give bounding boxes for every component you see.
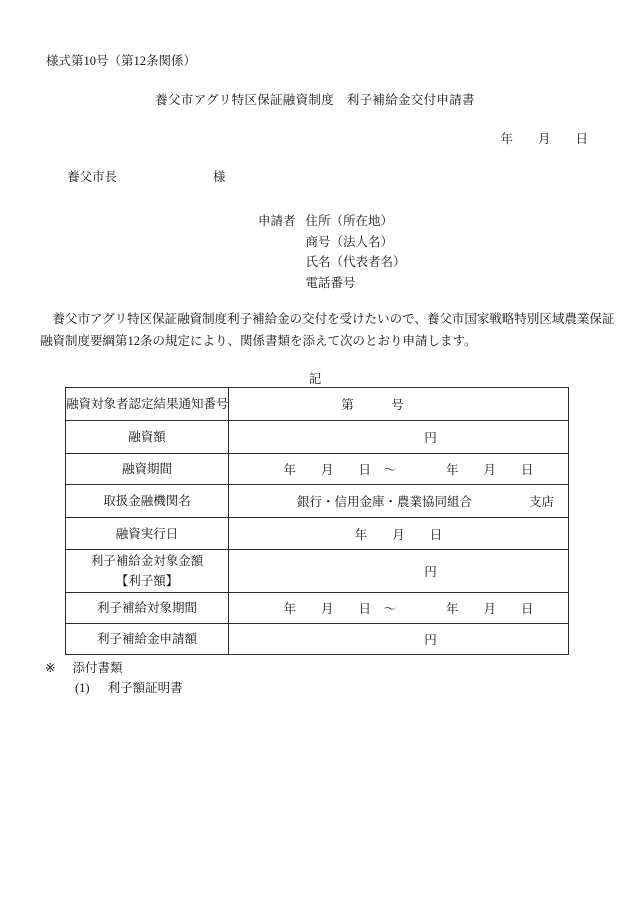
table-row: 取扱金融機関名 銀行・信用金庫・農業協同組合支店 (66, 485, 569, 518)
row-value: 年 月 日 (229, 518, 569, 550)
row-value: 円 (229, 421, 569, 454)
row-label: 利子補給金申請額 (66, 624, 229, 655)
table-row: 利子補給金対象金額 【利子額】 円 (66, 550, 569, 593)
row-value-text: 第 号 (341, 398, 404, 412)
row-value: 年 月 日 ～ 年 月 日 (229, 593, 569, 624)
addressee: 養父市長様 (67, 167, 226, 185)
table-row: 融資額 円 (66, 421, 569, 454)
attachment-item-number: (1) (75, 681, 90, 695)
document-page: 様式第10号（第12条関係） 養父市アグリ特区保証融資制度 利子補給金交付申請書… (0, 0, 630, 903)
branch-suffix: 支店 (529, 492, 554, 510)
row-label: 融資額 (66, 421, 229, 454)
body-paragraph: 養父市アグリ特区保証融資制度利子補給金の交付を受けたいので、養父市国家戦略特別区… (40, 309, 620, 352)
addressee-name: 養父市長 (67, 170, 117, 184)
body-line: 養父市アグリ特区保証融資制度利子補給金の交付を受けたいので、養父市国家戦略特別区… (40, 309, 620, 331)
document-title: 養父市アグリ特区保証融資制度 利子補給金交付申請書 (0, 90, 630, 108)
date-line: 年 月 日 (0, 129, 630, 147)
row-label: 融資期間 (66, 454, 229, 485)
applicant-field-company: 商号（法人名） (306, 232, 406, 253)
applicant-block: 申請者 住所（所在地） 商号（法人名） 氏名（代表者名） 電話番号 (258, 211, 406, 293)
row-label: 融資対象者認定結果通知番号 (66, 388, 229, 421)
row-value: 第 号 (229, 388, 569, 421)
table-row: 融資対象者認定結果通知番号 第 号 (66, 388, 569, 421)
attachments-heading-line: ※添付書類 (45, 658, 123, 676)
table-row: 融資実行日 年 月 日 (66, 518, 569, 550)
form-number: 様式第10号（第12条関係） (46, 51, 196, 69)
applicant-field-phone: 電話番号 (306, 273, 406, 294)
attachment-item: (1)利子額証明書 (75, 678, 183, 696)
row-value-text: 銀行・信用金庫・農業協同組合 (297, 495, 472, 509)
row-value-text: 年 月 日 ～ 年 月 日 (283, 463, 533, 477)
applicant-label: 申請者 (258, 211, 296, 232)
row-value-text: 円 (424, 633, 437, 647)
row-value: 銀行・信用金庫・農業協同組合支店 (229, 485, 569, 518)
row-label-line1: 利子補給金対象金額 (66, 551, 228, 571)
applicant-field-name: 氏名（代表者名） (306, 252, 406, 273)
row-value-text: 年 月 日 (355, 528, 443, 542)
body-line: 融資制度要綱第12条の規定により、関係書類を添えて次のとおり申請します。 (40, 331, 620, 353)
row-value: 円 (229, 624, 569, 655)
table-marker: 記 (0, 369, 630, 387)
row-label-line2: 【利子額】 (66, 571, 228, 591)
row-label: 融資実行日 (66, 518, 229, 550)
row-label: 利子補給金対象金額 【利子額】 (66, 550, 229, 593)
row-label: 利子補給対象期間 (66, 593, 229, 624)
attachment-item-text: 利子額証明書 (108, 681, 183, 695)
notes-heading: 添付書類 (72, 661, 122, 675)
row-value: 年 月 日 ～ 年 月 日 (229, 454, 569, 485)
application-table: 融資対象者認定結果通知番号 第 号 融資額 円 融資期間 年 月 日 ～ 年 月… (65, 387, 569, 655)
notes-marker: ※ (45, 661, 55, 675)
table-row: 融資期間 年 月 日 ～ 年 月 日 (66, 454, 569, 485)
row-value-text: 年 月 日 ～ 年 月 日 (283, 602, 533, 616)
applicant-fields: 住所（所在地） 商号（法人名） 氏名（代表者名） 電話番号 (306, 211, 406, 293)
row-value-text: 円 (424, 431, 437, 445)
row-label: 取扱金融機関名 (66, 485, 229, 518)
applicant-field-address: 住所（所在地） (306, 211, 406, 232)
table-row: 利子補給金申請額 円 (66, 624, 569, 655)
row-value: 円 (229, 550, 569, 593)
row-value-text: 円 (424, 565, 437, 579)
addressee-honorific: 様 (213, 170, 226, 184)
table-row: 利子補給対象期間 年 月 日 ～ 年 月 日 (66, 593, 569, 624)
